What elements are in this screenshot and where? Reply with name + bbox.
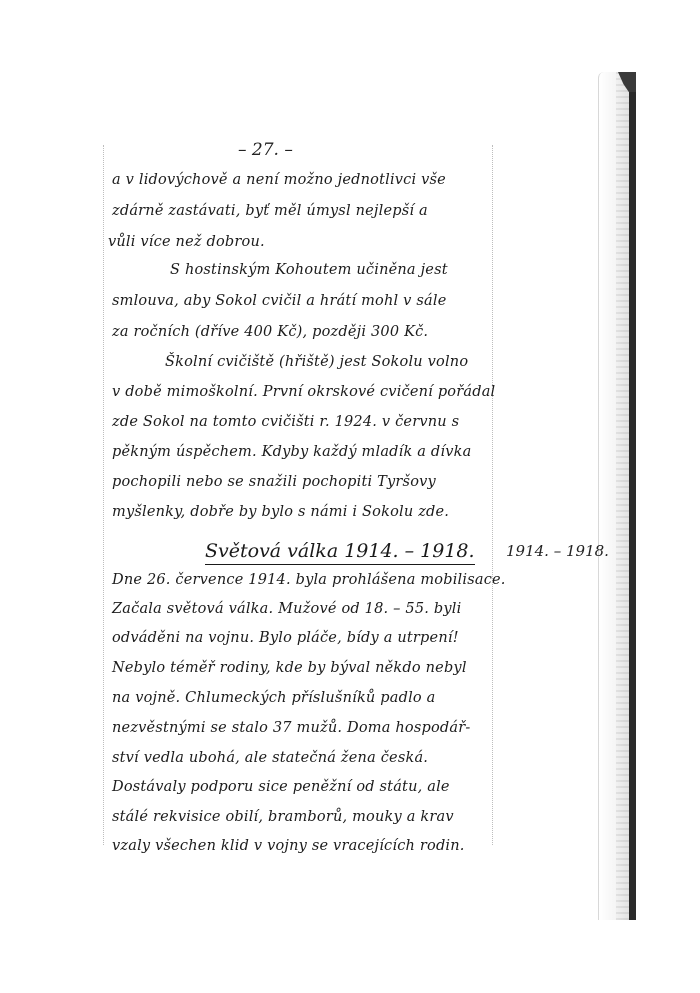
text-line: v době mimoškolní. První okrskové cvičen… xyxy=(112,384,495,400)
text-line: Začala světová válka. Mužové od 18. – 55… xyxy=(112,601,461,617)
text-line: a v lidovýchově a není možno jednotlivci… xyxy=(112,172,446,188)
book-edge xyxy=(598,72,636,920)
right-margin-line xyxy=(492,145,493,845)
text-line: vůli více než dobrou. xyxy=(108,234,265,250)
text-line: stálé rekvisice obilí, bramborů, mouky a… xyxy=(112,809,454,825)
text-line: Nebylo téměř rodiny, kde by býval někdo … xyxy=(112,660,467,676)
text-line: Dne 26. července 1914. byla prohlášena m… xyxy=(112,572,506,588)
text-line: odváděni na vojnu. Bylo pláče, bídy a ut… xyxy=(112,630,459,646)
text-line: S hostinským Kohoutem učiněna jest xyxy=(170,262,448,278)
scanned-page: – 27. – a v lidovýchově a není možno jed… xyxy=(0,0,700,993)
text-line: zdárně zastávati, byť měl úmysl nejlepší… xyxy=(112,203,428,219)
text-line: Školní cvičiště (hřiště) jest Sokolu vol… xyxy=(165,354,468,370)
section-title: Světová válka 1914. – 1918. xyxy=(205,540,475,565)
left-margin-line xyxy=(103,145,104,845)
text-line: nezvěstnými se stalo 37 mužů. Doma hospo… xyxy=(112,720,470,736)
text-line: pěkným úspěchem. Kdyby každý mladík a dí… xyxy=(112,444,471,460)
text-line: zde Sokol na tomto cvičišti r. 1924. v č… xyxy=(112,414,459,430)
page-stack-edge xyxy=(616,72,630,920)
book-spine xyxy=(629,72,636,920)
page-number: – 27. – xyxy=(238,140,293,160)
text-line: na vojně. Chlumeckých příslušníků padlo … xyxy=(112,690,436,706)
text-line: za ročních (dříve 400 Kč), později 300 K… xyxy=(112,324,428,340)
text-line: ství vedla ubohá, ale statečná žena česk… xyxy=(112,750,428,766)
text-line: myšlenky, dobře by bylo s námi i Sokolu … xyxy=(112,504,449,520)
text-line: Dostávaly podporu sice peněžní od státu,… xyxy=(112,779,450,795)
text-line: vzaly všechen klid v vojny se vracejícíc… xyxy=(112,838,465,854)
text-line: smlouva, aby Sokol cvičil a hrátí mohl v… xyxy=(112,293,446,309)
text-line: pochopili nebo se snažili pochopiti Tyrš… xyxy=(112,474,436,490)
margin-note: 1914. – 1918. xyxy=(506,542,609,560)
